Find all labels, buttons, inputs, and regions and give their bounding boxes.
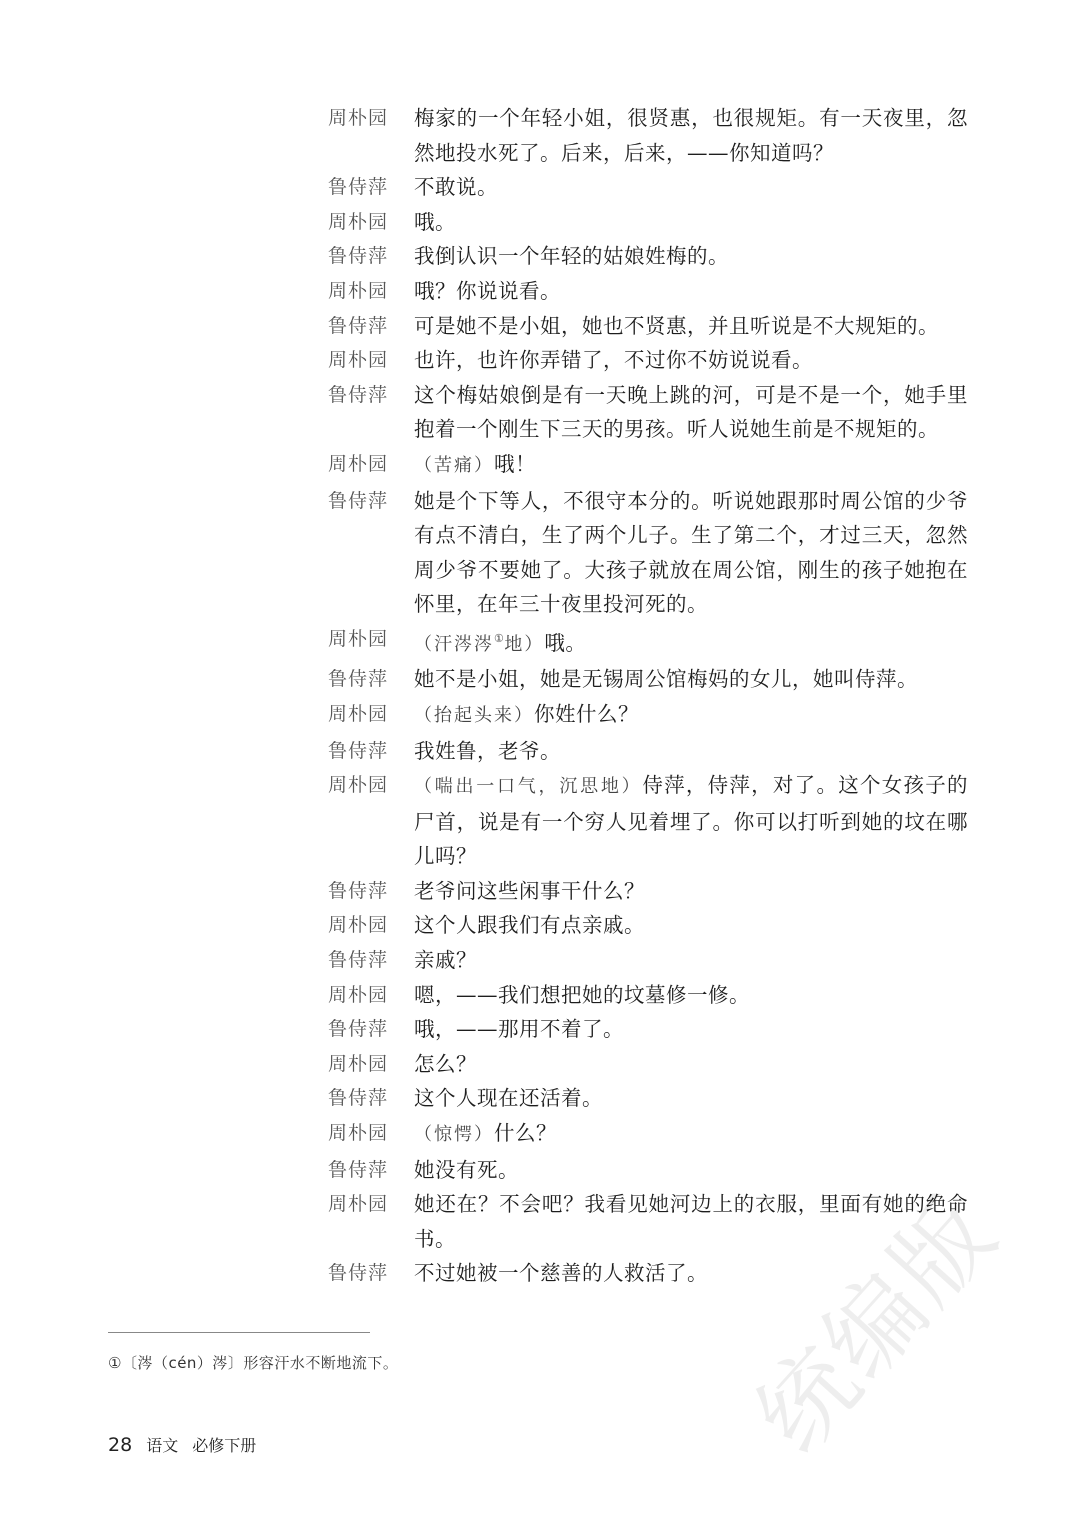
- speaker-name: 周朴园: [328, 343, 414, 378]
- stage-direction: （苦痛）: [414, 455, 494, 476]
- textbook-page: 统编版 周朴园 梅家的一个年轻小姐，很贤惠，也很规矩。有一天夜里，忽然地投水死了…: [0, 0, 1080, 1527]
- dialogue-line: 鲁侍萍 我倒认识一个年轻的姑娘姓梅的。: [328, 239, 968, 274]
- dialogue-line: 鲁侍萍 这个梅姑娘倒是有一天晚上跳的河，可是不是一个，她手里抱着一个刚生下三天的…: [328, 378, 968, 447]
- speaker-name: 鲁侍萍: [328, 943, 414, 978]
- dialogue-line: 周朴园 这个人跟我们有点亲戚。: [328, 908, 968, 943]
- speaker-name: 鲁侍萍: [328, 874, 414, 909]
- stage-direction: （汗涔涔: [414, 634, 494, 655]
- speaker-name: 鲁侍萍: [328, 378, 414, 413]
- speech-text: （喘出一口气，沉思地）侍萍，侍萍，对了。这个女孩子的尸首，说是有一个穷人见着埋了…: [414, 768, 968, 874]
- dialogue-line: 鲁侍萍 亲戚？: [328, 943, 968, 978]
- speaker-name: 周朴园: [328, 622, 414, 657]
- speaker-name: 鲁侍萍: [328, 662, 414, 697]
- speaker-name: 周朴园: [328, 274, 414, 309]
- speaker-name: 周朴园: [328, 101, 414, 136]
- speech-text: （抬起头来）你姓什么？: [414, 697, 968, 734]
- dialogue-line: 周朴园 （喘出一口气，沉思地）侍萍，侍萍，对了。这个女孩子的尸首，说是有一个穷人…: [328, 768, 968, 874]
- speaker-name: 鲁侍萍: [328, 1081, 414, 1116]
- speech-text: （惊愕）什么？: [414, 1116, 968, 1153]
- dialogue-block: 周朴园 梅家的一个年轻小姐，很贤惠，也很规矩。有一天夜里，忽然地投水死了。后来，…: [328, 101, 968, 1291]
- speech-text: 不敢说。: [414, 170, 968, 205]
- footnote-ref[interactable]: ①: [494, 632, 504, 645]
- dialogue-line: 鲁侍萍 她没有死。: [328, 1153, 968, 1188]
- speech-words: 哦！: [494, 452, 536, 476]
- dialogue-line: 周朴园 （抬起头来）你姓什么？: [328, 697, 968, 734]
- speaker-name: 鲁侍萍: [328, 170, 414, 205]
- volume-label: 必修下册: [192, 1433, 256, 1456]
- speech-text: 可是她不是小姐，她也不贤惠，并且听说是不大规矩的。: [414, 309, 968, 344]
- speech-text: 这个人跟我们有点亲戚。: [414, 908, 968, 943]
- speech-text: 我姓鲁，老爷。: [414, 734, 968, 769]
- dialogue-line: 鲁侍萍 我姓鲁，老爷。: [328, 734, 968, 769]
- speech-text: （苦痛）哦！: [414, 447, 968, 484]
- speaker-name: 周朴园: [328, 1047, 414, 1082]
- speech-text: 哦，——那用不着了。: [414, 1012, 968, 1047]
- speech-text: 亲戚？: [414, 943, 968, 978]
- speaker-name: 鲁侍萍: [328, 484, 414, 519]
- dialogue-line: 鲁侍萍 她是个下等人，不很守本分的。听说她跟那时周公馆的少爷有点不清白，生了两个…: [328, 484, 968, 622]
- dialogue-line: 周朴园 （汗涔涔①地）哦。: [328, 622, 968, 662]
- speaker-name: 周朴园: [328, 978, 414, 1013]
- speech-text: 她还在？不会吧？我看见她河边上的衣服，里面有她的绝命书。: [414, 1187, 968, 1256]
- speech-text: 这个梅姑娘倒是有一天晚上跳的河，可是不是一个，她手里抱着一个刚生下三天的男孩。听…: [414, 378, 968, 447]
- speech-text: 她不是小姐，她是无锡周公馆梅妈的女儿，她叫侍萍。: [414, 662, 968, 697]
- dialogue-line: 鲁侍萍 可是她不是小姐，她也不贤惠，并且听说是不大规矩的。: [328, 309, 968, 344]
- subject-label: 语文: [146, 1433, 178, 1456]
- speaker-name: 周朴园: [328, 1116, 414, 1151]
- speech-text: 也许，也许你弄错了，不过你不妨说说看。: [414, 343, 968, 378]
- stage-direction: （喘出一口气，沉思地）: [414, 776, 642, 797]
- page-footer: 28 语文 必修下册: [108, 1433, 256, 1456]
- speech-text: 哦？你说说看。: [414, 274, 968, 309]
- stage-direction: （惊愕）: [414, 1124, 494, 1145]
- speech-text: 她是个下等人，不很守本分的。听说她跟那时周公馆的少爷有点不清白，生了两个儿子。生…: [414, 484, 968, 622]
- speech-text: 不过她被一个慈善的人救活了。: [414, 1256, 968, 1291]
- speaker-name: 周朴园: [328, 768, 414, 803]
- speech-words: 哦。: [544, 631, 586, 655]
- speaker-name: 鲁侍萍: [328, 734, 414, 769]
- speech-text: 怎么？: [414, 1047, 968, 1082]
- speaker-name: 鲁侍萍: [328, 239, 414, 274]
- stage-direction: （抬起头来）: [414, 705, 534, 726]
- speech-text: 哦。: [414, 205, 968, 240]
- speech-text: 我倒认识一个年轻的姑娘姓梅的。: [414, 239, 968, 274]
- dialogue-line: 周朴园 也许，也许你弄错了，不过你不妨说说看。: [328, 343, 968, 378]
- speaker-name: 鲁侍萍: [328, 1153, 414, 1188]
- speaker-name: 周朴园: [328, 447, 414, 482]
- dialogue-line: 周朴园 哦。: [328, 205, 968, 240]
- speaker-name: 鲁侍萍: [328, 309, 414, 344]
- dialogue-line: 周朴园 梅家的一个年轻小姐，很贤惠，也很规矩。有一天夜里，忽然地投水死了。后来，…: [328, 101, 968, 170]
- dialogue-line: 鲁侍萍 不过她被一个慈善的人救活了。: [328, 1256, 968, 1291]
- dialogue-line: 周朴园 （惊愕）什么？: [328, 1116, 968, 1153]
- speech-words: 什么？: [494, 1121, 557, 1145]
- speaker-name: 周朴园: [328, 205, 414, 240]
- dialogue-line: 鲁侍萍 她不是小姐，她是无锡周公馆梅妈的女儿，她叫侍萍。: [328, 662, 968, 697]
- speaker-name: 周朴园: [328, 908, 414, 943]
- dialogue-line: 周朴园 （苦痛）哦！: [328, 447, 968, 484]
- dialogue-line: 鲁侍萍 老爷问这些闲事干什么？: [328, 874, 968, 909]
- speech-text: 她没有死。: [414, 1153, 968, 1188]
- footnote: ①〔涔（cén）涔〕形容汗水不断地流下。: [108, 1352, 398, 1373]
- speech-text: 梅家的一个年轻小姐，很贤惠，也很规矩。有一天夜里，忽然地投水死了。后来，后来，—…: [414, 101, 968, 170]
- footnote-divider: [108, 1332, 370, 1333]
- dialogue-line: 鲁侍萍 这个人现在还活着。: [328, 1081, 968, 1116]
- dialogue-line: 鲁侍萍 不敢说。: [328, 170, 968, 205]
- speech-text: 嗯，——我们想把她的坟墓修一修。: [414, 978, 968, 1013]
- speaker-name: 周朴园: [328, 1187, 414, 1222]
- dialogue-line: 周朴园 哦？你说说看。: [328, 274, 968, 309]
- stage-direction-end: 地）: [504, 634, 544, 655]
- speaker-name: 鲁侍萍: [328, 1256, 414, 1291]
- speech-text: 这个人现在还活着。: [414, 1081, 968, 1116]
- speech-words: 你姓什么？: [534, 702, 639, 726]
- dialogue-line: 鲁侍萍 哦，——那用不着了。: [328, 1012, 968, 1047]
- speaker-name: 鲁侍萍: [328, 1012, 414, 1047]
- dialogue-line: 周朴园 嗯，——我们想把她的坟墓修一修。: [328, 978, 968, 1013]
- speech-text: 老爷问这些闲事干什么？: [414, 874, 968, 909]
- page-number: 28: [108, 1434, 132, 1456]
- dialogue-line: 周朴园 怎么？: [328, 1047, 968, 1082]
- speaker-name: 周朴园: [328, 697, 414, 732]
- dialogue-line: 周朴园 她还在？不会吧？我看见她河边上的衣服，里面有她的绝命书。: [328, 1187, 968, 1256]
- speech-text: （汗涔涔①地）哦。: [414, 622, 968, 662]
